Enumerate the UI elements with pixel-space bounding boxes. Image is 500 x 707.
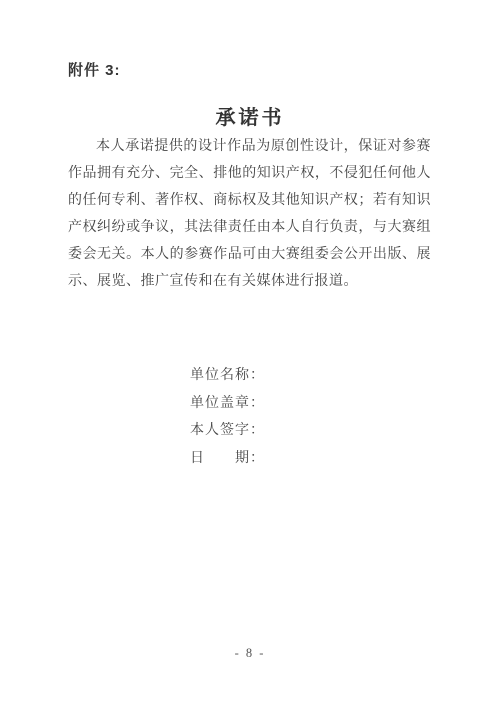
document-page: 附件 3: 承诺书 本人承诺提供的设计作品为原创性设计，保证对参赛作品拥有充分、…: [0, 0, 500, 707]
document-title: 承诺书: [0, 101, 500, 130]
field-date: 日 期：: [190, 445, 265, 473]
field-unit-name: 单位名称：: [190, 362, 265, 390]
field-personal-signature: 本人签字：: [190, 417, 265, 445]
attachment-label: 附件 3:: [68, 59, 121, 80]
signature-fields: 单位名称： 单位盖章： 本人签字： 日 期：: [190, 362, 265, 472]
field-unit-seal: 单位盖章：: [190, 390, 265, 418]
commitment-paragraph: 本人承诺提供的设计作品为原创性设计，保证对参赛作品拥有充分、完全、排他的知识产权…: [68, 133, 431, 295]
page-number: - 8 -: [0, 646, 500, 661]
